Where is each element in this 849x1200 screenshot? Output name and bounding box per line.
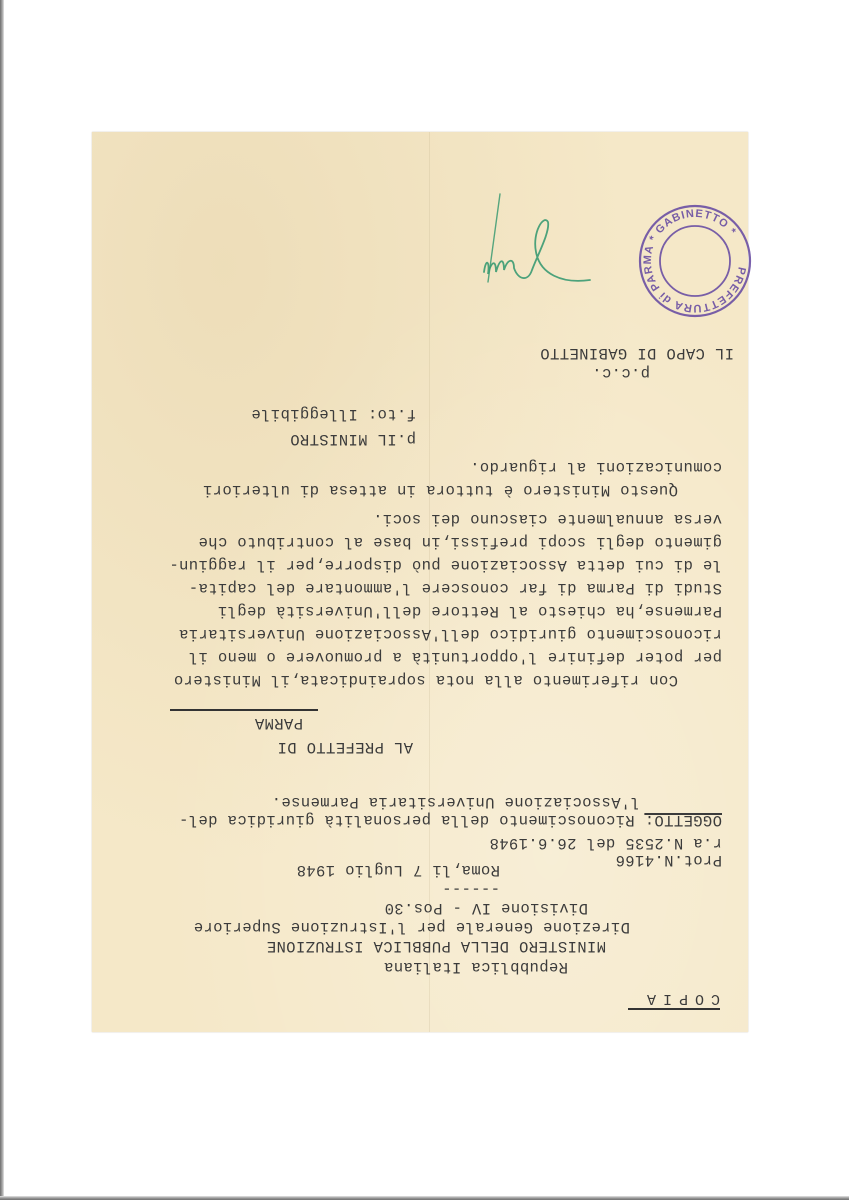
body-line-7: gimento degli scopi prefissi,in base al … xyxy=(198,533,722,551)
direction-line: Direzione Generale per l'Istruzione Supe… xyxy=(193,918,630,936)
subject-line-2: l'Associazione Universitaria Parmense. xyxy=(271,793,640,811)
body-line-5: Studi di Parma di far conoscere l'ammont… xyxy=(188,579,722,597)
body-line-8: versa annualmente ciascuno dei soci. xyxy=(373,510,722,528)
recipient-underline xyxy=(170,709,318,711)
body-line-3: riconoscimento giuridico dell'Associazio… xyxy=(179,625,722,643)
handwritten-signature-icon xyxy=(466,162,596,292)
signoff-illegible: f.to: Illeggibile xyxy=(251,405,416,423)
prefettura-stamp-icon: PREFETTURA di PARMA * GABINETTO * xyxy=(638,204,752,318)
body-line-4: Parmense,ha chiesto al Rettore dell'Univ… xyxy=(218,602,722,620)
subject-line-1: OGGETTO: Riconoscimento della personalit… xyxy=(179,811,722,829)
recipient-line-1: AL PREFETTO DI xyxy=(277,738,413,756)
certification-chief: IL CAPO DI GABINETTO xyxy=(540,344,734,362)
recipient-city: PARMA xyxy=(254,714,303,732)
protocol-number: Prot.N.4166 xyxy=(615,851,722,869)
scan-border-bottom xyxy=(0,1196,849,1200)
subject-label: OGGETTO: xyxy=(644,811,722,829)
scan-border-left xyxy=(0,0,4,1200)
republic-line: Repubblica Italiana xyxy=(384,958,568,976)
protocol-reference: r.a N.2535 del 26.6.1948 xyxy=(489,834,722,852)
body-line-10: comunicazioni al riguardo. xyxy=(470,458,722,476)
body-line-9: Questo Ministero è tuttora in attesa di … xyxy=(203,481,678,499)
ministry-line: MINISTERO DELLA PUBBLICA ISTRUZIONE xyxy=(266,937,606,955)
division-line: Divisione IV - Pos.30 xyxy=(384,899,588,917)
header-dashes: ------ xyxy=(442,880,500,898)
place-date: Roma,li 7 Luglio 1948 xyxy=(296,861,500,879)
copia-heading: COPIA xyxy=(628,990,720,1010)
body-line-6: le di cui detta Associazione può disporr… xyxy=(169,556,722,574)
body-line-1: Con riferimento alla nota sopraindicata,… xyxy=(174,671,678,689)
svg-text:PREFETTURA di PARMA * GABINETT: PREFETTURA di PARMA * GABINETTO * xyxy=(642,208,748,314)
body-line-2: per poter definire l'opportunità a promu… xyxy=(188,648,722,666)
letter-page: COPIA Repubblica Italiana MINISTERO DELL… xyxy=(92,132,748,1032)
certification-pcc: p.c.c. xyxy=(592,364,650,382)
signoff-minister: p.IL MINISTRO xyxy=(290,430,416,448)
subject-text-1: Riconoscimento della personalità giuridi… xyxy=(179,811,645,829)
